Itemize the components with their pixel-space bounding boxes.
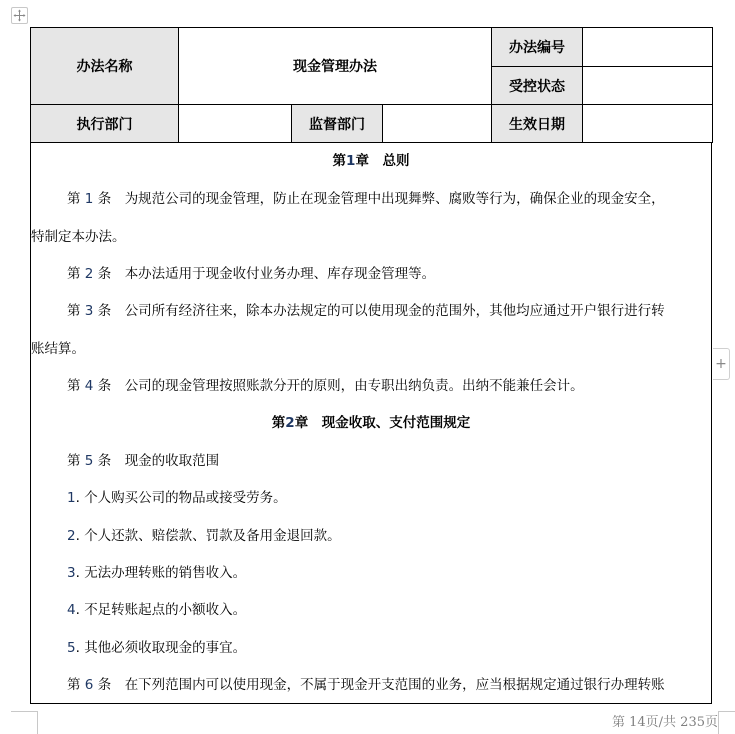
exec-dept-value[interactable] — [179, 105, 292, 143]
list-item: 1. 个人购买公司的物品或接受劳务。 — [31, 488, 711, 508]
list-item: 3. 无法办理转账的销售收入。 — [31, 563, 711, 583]
add-row-button[interactable]: + — [713, 348, 730, 380]
move-icon — [13, 9, 26, 22]
plus-icon: + — [715, 356, 727, 372]
chapter-heading: 第1章 总则 — [31, 151, 711, 171]
page-indicator: 第 14页/共 235页 — [612, 711, 718, 730]
article-5: 第 5 条 现金的收取范围 — [31, 451, 711, 471]
article-4: 第 4 条 公司的现金管理按照账款分开的原则，由专职出纳负责。出纳不能兼任会计。 — [31, 376, 711, 396]
article-3: 第 3 条 公司所有经济往来，除本办法规定的可以使用现金的范围外，其他均应通过开… — [31, 301, 711, 321]
article-1: 第 1 条 为规范公司的现金管理，防止在现金管理中出现舞弊、腐败等行为，确保企业… — [31, 189, 711, 209]
control-status-label: 受控状态 — [492, 67, 583, 105]
policy-body[interactable]: 第1章 总则 第 1 条 为规范公司的现金管理，防止在现金管理中出现舞弊、腐败等… — [30, 142, 712, 704]
control-status-value[interactable] — [583, 67, 713, 105]
list-item: 5. 其他必须收取现金的事宜。 — [31, 638, 711, 658]
list-item: 4. 不足转账起点的小额收入。 — [31, 600, 711, 620]
supervise-dept-value[interactable] — [383, 105, 492, 143]
table-move-handle[interactable] — [11, 7, 28, 24]
list-item: 2. 个人还款、赔偿款、罚款及备用金退回款。 — [31, 526, 711, 546]
article-3-continuation: 账结算。 — [31, 339, 711, 359]
article-6: 第 6 条 在下列范围内可以使用现金，不属于现金开支范围的业务，应当根据规定通过… — [31, 675, 711, 695]
policy-header-table: 办法名称 现金管理办法 办法编号 受控状态 执行部门 监督部门 生效日期 — [30, 27, 713, 143]
policy-name-label: 办法名称 — [31, 28, 179, 105]
effective-date-value[interactable] — [583, 105, 713, 143]
policy-name-value[interactable]: 现金管理办法 — [179, 28, 492, 105]
supervise-dept-label: 监督部门 — [292, 105, 383, 143]
article-1-continuation: 特制定本办法。 — [31, 227, 711, 247]
policy-code-label: 办法编号 — [492, 28, 583, 67]
article-2: 第 2 条 本办法适用于现金收付业务办理、库存现金管理等。 — [31, 264, 711, 284]
effective-date-label: 生效日期 — [492, 105, 583, 143]
page-corner-mark-left — [11, 711, 38, 734]
exec-dept-label: 执行部门 — [31, 105, 179, 143]
chapter-heading: 第2章 现金收取、支付范围规定 — [31, 413, 711, 433]
policy-code-value[interactable] — [583, 28, 713, 67]
page-corner-mark-right — [718, 711, 735, 734]
